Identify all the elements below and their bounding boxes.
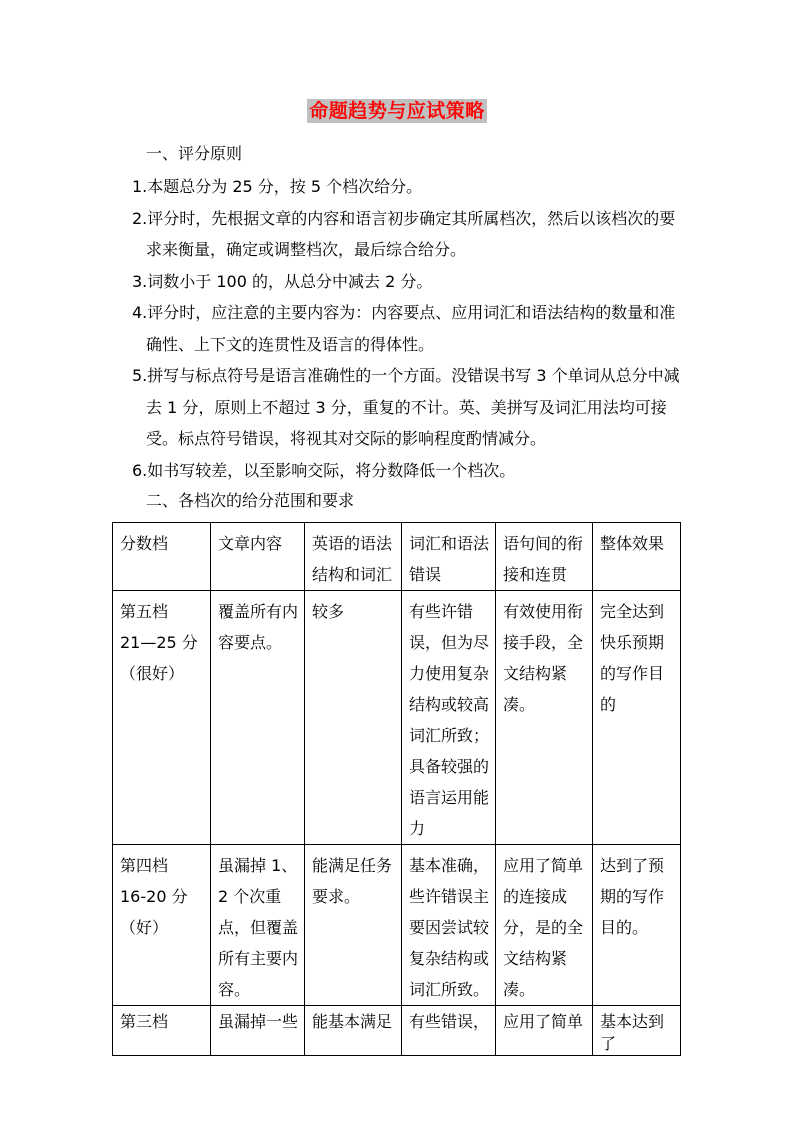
document-page: 命题趋势与应试策略 一、评分原则 1.本题总分为 25 分，按 5 个档次给分。… — [0, 0, 794, 1123]
table-cell: 有效使用衔接手段，全文结构紧凑。 — [496, 591, 593, 845]
table-cell: 第五档 21—25 分 （很好） — [113, 591, 211, 845]
table-header-score-band: 分数档 — [113, 523, 211, 591]
table-row-band-4: 第四档 16-20 分 （好） 虽漏掉 1、2 个次重点，但覆盖所有主要内容。 … — [113, 845, 681, 1006]
table-cell: 第三档 — [113, 1006, 211, 1056]
table-header-cohesion: 语句间的衔接和连贯 — [496, 523, 593, 591]
document-body: 一、评分原则 1.本题总分为 25 分，按 5 个档次给分。 2.评分时，先根据… — [132, 139, 684, 515]
table-cell: 能基本满足 — [305, 1006, 402, 1056]
principle-item-2: 2.评分时，先根据文章的内容和语言初步确定其所属档次，然后以该档次的要求来衡量，… — [132, 203, 684, 266]
table-row-band-3-truncated: 第三档 虽漏掉一些 能基本满足 有些错误， 应用了简单 基本达到了 — [113, 1006, 681, 1056]
table-header-article-content: 文章内容 — [211, 523, 305, 591]
table-row-band-5: 第五档 21—25 分 （很好） 覆盖所有内容要点。 较多 有些许错误，但为尽力… — [113, 591, 681, 845]
table-cell: 较多 — [305, 591, 402, 845]
section-heading-scoring-principles: 一、评分原则 — [146, 139, 684, 169]
table-cell: 虽漏掉一些 — [211, 1006, 305, 1056]
table-cell: 覆盖所有内容要点。 — [211, 591, 305, 845]
table-cell: 有些错误， — [402, 1006, 496, 1056]
table-header-errors: 词汇和语法错误 — [402, 523, 496, 591]
table-header-overall-effect: 整体效果 — [593, 523, 681, 591]
section-heading-grade-requirements: 二、各档次的给分范围和要求 — [146, 486, 684, 515]
table-header-row: 分数档 文章内容 英语的语法结构和词汇 词汇和语法错误 语句间的衔接和连贯 整体… — [113, 523, 681, 591]
table-cell: 达到了预期的写作目的。 — [593, 845, 681, 1006]
table-cell: 应用了简单的连接成分，是的全文结构紧凑。 — [496, 845, 593, 1006]
principle-item-6: 6.如书写较差，以至影响交际，将分数降低一个档次。 — [132, 455, 684, 487]
scoring-criteria-table: 分数档 文章内容 英语的语法结构和词汇 词汇和语法错误 语句间的衔接和连贯 整体… — [112, 522, 681, 1056]
principles-list: 1.本题总分为 25 分，按 5 个档次给分。 2.评分时，先根据文章的内容和语… — [132, 171, 684, 486]
table-cell: 能满足任务要求。 — [305, 845, 402, 1006]
table-cell: 虽漏掉 1、2 个次重点，但覆盖所有主要内容。 — [211, 845, 305, 1006]
principle-item-3: 3.词数小于 100 的，从总分中减去 2 分。 — [132, 266, 684, 298]
table-cell: 应用了简单 — [496, 1006, 593, 1056]
principle-item-1: 1.本题总分为 25 分，按 5 个档次给分。 — [132, 171, 684, 203]
table-cell: 完全达到快乐预期的写作目的 — [593, 591, 681, 845]
page-title: 命题趋势与应试策略 — [307, 99, 487, 123]
table-cell: 有些许错误，但为尽力使用复杂结构或较高词汇所致；具备较强的语言运用能力 — [402, 591, 496, 845]
table-header-grammar-vocab: 英语的语法结构和词汇 — [305, 523, 402, 591]
table-cell: 基本准确，些许错误主要因尝试较复杂结构或词汇所致。 — [402, 845, 496, 1006]
table-cell: 基本达到了 — [593, 1006, 681, 1056]
title-container: 命题趋势与应试策略 — [0, 0, 794, 123]
principle-item-4: 4.评分时，应注意的主要内容为：内容要点、应用词汇和语法结构的数量和准确性、上下… — [132, 297, 684, 360]
table-cell: 第四档 16-20 分 （好） — [113, 845, 211, 1006]
principle-item-5: 5.拼写与标点符号是语言准确性的一个方面。没错误书写 3 个单词从总分中减去 1… — [132, 360, 684, 455]
